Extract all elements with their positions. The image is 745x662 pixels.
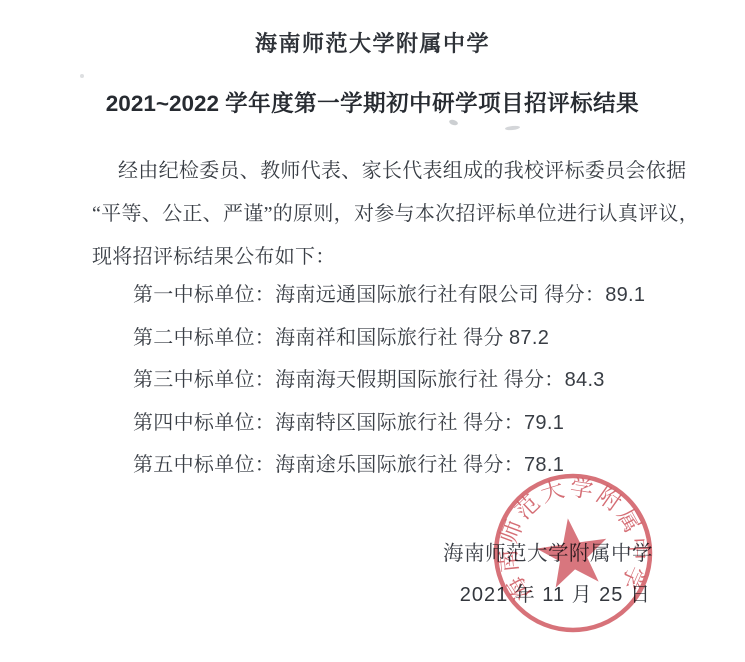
bid-result-item: 第一中标单位：海南远通国际旅行社有限公司 得分：89.1 — [133, 274, 645, 317]
paragraph-line: “平等、公正、严谨”的原则，对参与本次招评标单位进行认真评议， — [92, 193, 672, 236]
bid-result-score: 89.1 — [605, 284, 645, 306]
bid-result-item: 第五中标单位：海南途乐国际旅行社 得分：78.1 — [133, 444, 645, 487]
subtitle-text: 学年度第一学期初中研学项目招评标结果 — [219, 91, 639, 116]
bid-result-score: 78.1 — [524, 454, 564, 476]
bid-result-text: 第五中标单位：海南途乐国际旅行社 得分： — [133, 454, 524, 476]
bid-result-item: 第二中标单位：海南祥和国际旅行社 得分 87.2 — [133, 317, 645, 360]
bid-result-item: 第四中标单位：海南特区国际旅行社 得分：79.1 — [133, 402, 645, 445]
subtitle-year-range: 2021~2022 — [106, 91, 219, 116]
bid-result-text: 第二中标单位：海南祥和国际旅行社 得分 — [133, 327, 509, 349]
bid-result-score: 79.1 — [524, 412, 564, 434]
bid-result-score: 84.3 — [565, 369, 605, 391]
scanned-document-page: 海南师范大学附属中学 2021~2022 学年度第一学期初中研学项目招评标结果 … — [0, 0, 745, 662]
scan-smudge — [80, 74, 84, 78]
document-title: 海南师范大学附属中学 — [0, 27, 745, 58]
bid-results-list: 第一中标单位：海南远通国际旅行社有限公司 得分：89.1 第二中标单位：海南祥和… — [133, 274, 645, 487]
bid-result-text: 第四中标单位：海南特区国际旅行社 得分： — [133, 412, 524, 434]
bid-result-item: 第三中标单位：海南海天假期国际旅行社 得分：84.3 — [133, 359, 645, 402]
paragraph-line: 经由纪检委员、教师代表、家长代表组成的我校评标委员会依据 — [92, 150, 672, 193]
bid-result-text: 第三中标单位：海南海天假期国际旅行社 得分： — [133, 369, 565, 391]
scan-smudge — [505, 125, 520, 131]
bid-result-text: 第一中标单位：海南远通国际旅行社有限公司 得分： — [133, 284, 605, 306]
signature-organization: 海南师范大学附属中学 — [443, 536, 653, 566]
bid-result-score: 87.2 — [509, 327, 549, 349]
paragraph-line: 现将招评标结果公布如下： — [92, 236, 672, 279]
intro-paragraph: 经由纪检委员、教师代表、家长代表组成的我校评标委员会依据 “平等、公正、严谨”的… — [92, 150, 672, 279]
signature-date: 2021 年 11 月 25 日 — [460, 578, 651, 607]
document-subtitle: 2021~2022 学年度第一学期初中研学项目招评标结果 — [0, 86, 745, 118]
scan-smudge — [448, 119, 458, 127]
